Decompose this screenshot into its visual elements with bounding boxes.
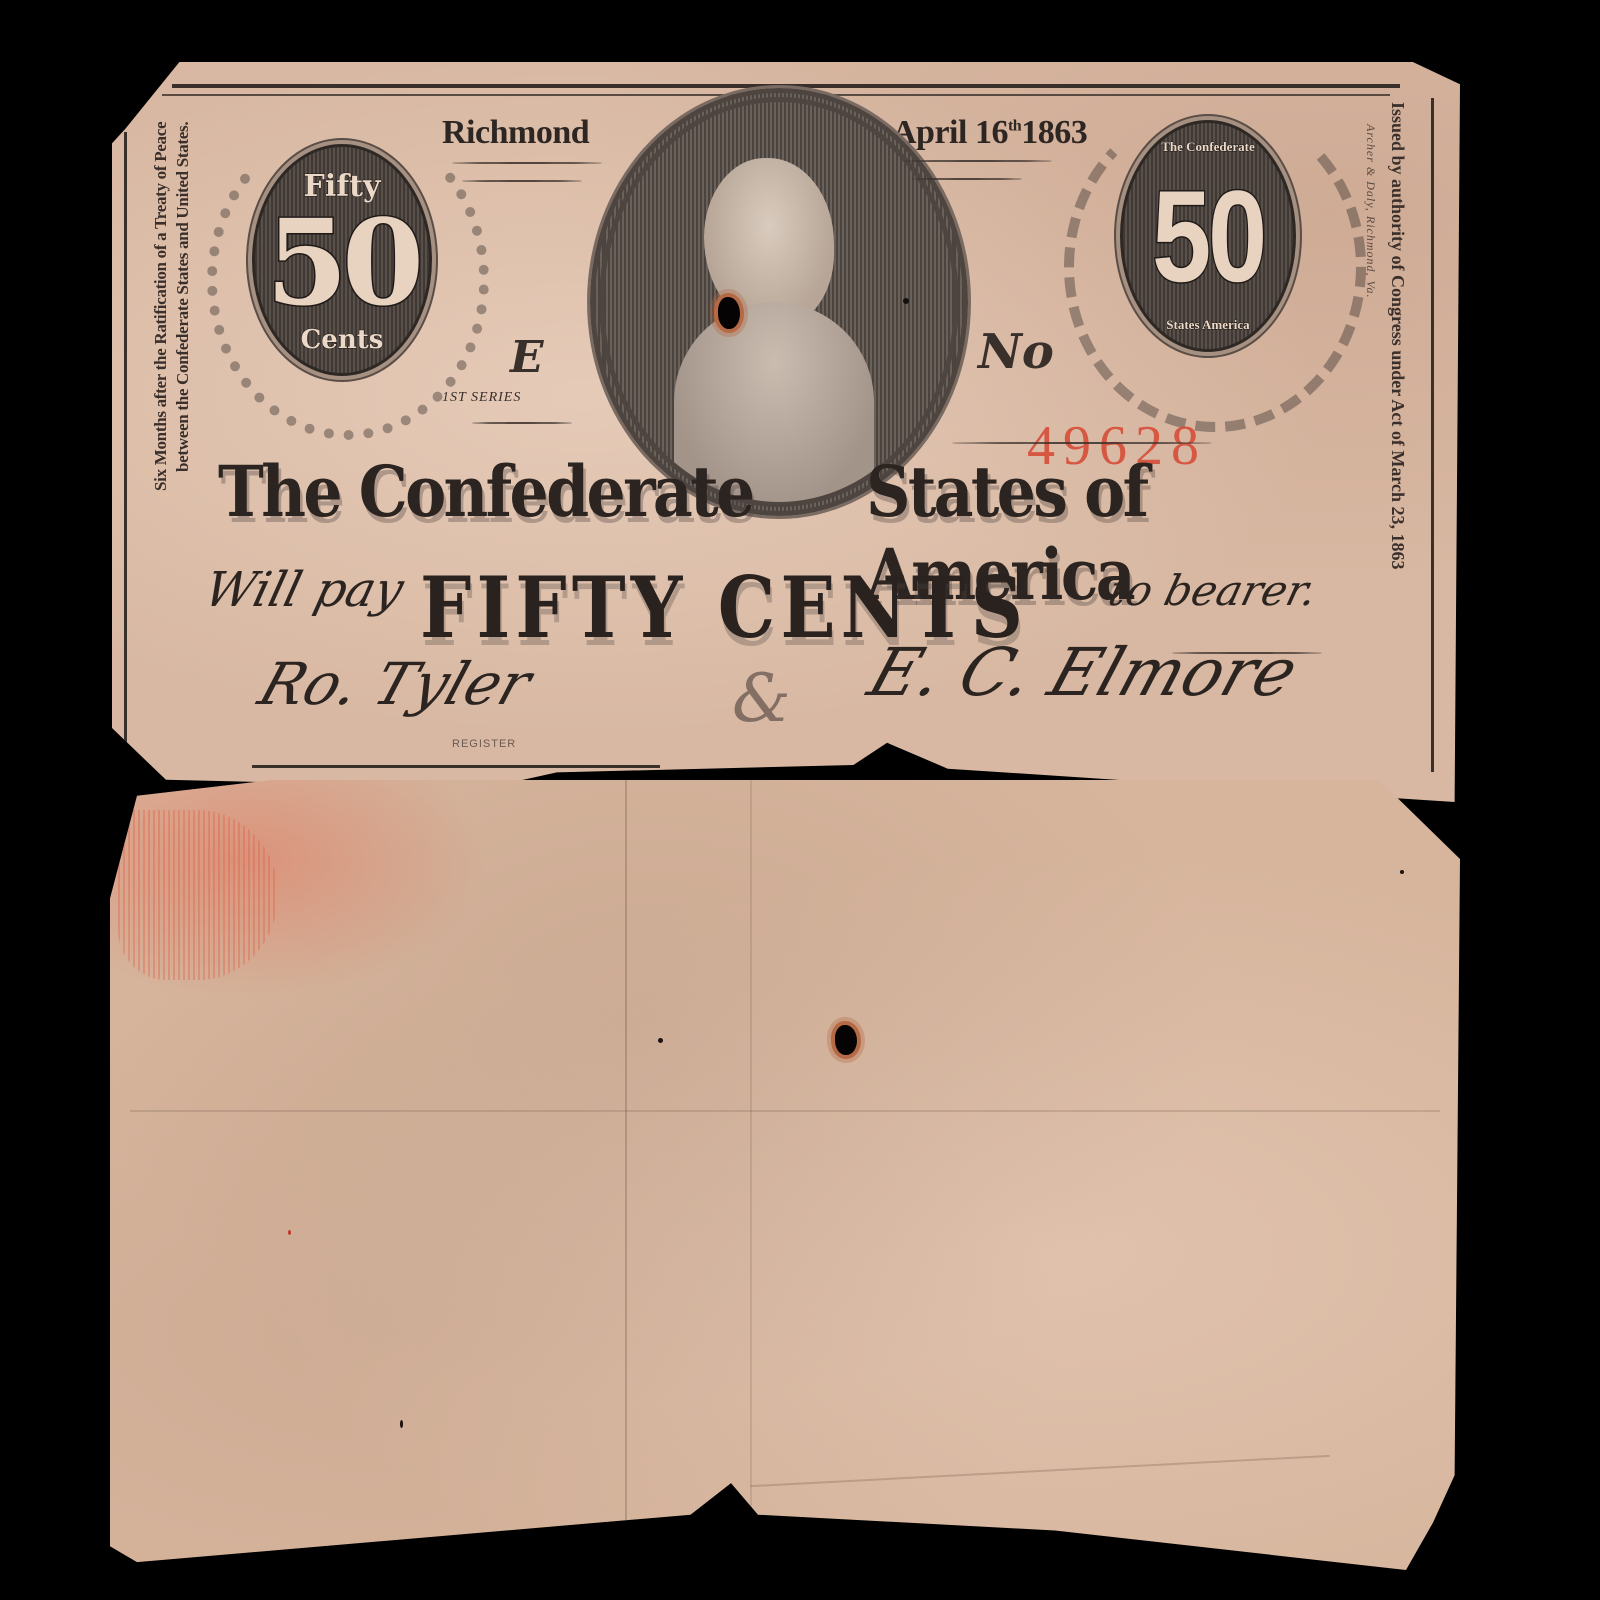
ink-speck — [400, 1420, 403, 1428]
date-year: 1863 — [1021, 114, 1087, 151]
oval-caption: Cents — [255, 325, 429, 355]
oval-caption: States America — [1123, 317, 1293, 333]
note-front: Six Months after the Ratification of a T… — [112, 62, 1460, 802]
border-rule — [1431, 98, 1434, 772]
flourish-line — [902, 160, 1052, 162]
title-left: The Confederate — [218, 450, 753, 533]
issue-place: Richmond — [442, 114, 589, 152]
fold-crease — [750, 780, 752, 1520]
burn-hole — [718, 297, 740, 329]
ink-speck — [1400, 870, 1404, 874]
border-rule — [124, 132, 127, 762]
flourish-line — [462, 180, 582, 182]
left-margin-text: Six Months after the Ratification of a T… — [150, 122, 194, 752]
left-margin-line: Six Months after the Ratification of a T… — [150, 122, 172, 752]
plate-letter: E — [510, 332, 544, 383]
ink-speck — [658, 1038, 663, 1043]
series-label: 1ST SERIES — [442, 390, 521, 406]
flourish-line — [912, 178, 1022, 180]
red-offset-stamp — [118, 810, 278, 980]
number-label: No — [978, 324, 1054, 380]
denomination-oval-right: The Confederate 50 States America — [1120, 120, 1296, 352]
ampersand-ornament: & — [732, 660, 791, 737]
pin-hole — [903, 298, 909, 304]
oval-caption: The Confederate — [1123, 139, 1293, 155]
note-back — [110, 780, 1460, 1570]
will-pay-text: Will pay — [199, 562, 409, 618]
register-label: REGISTER — [452, 738, 516, 750]
fold-crease — [625, 780, 627, 1540]
right-margin-text: Issued by authority of Congress under Ac… — [1387, 102, 1408, 570]
fold-crease — [750, 1455, 1329, 1487]
flourish-line — [952, 442, 1212, 444]
date-suffix: th — [1008, 118, 1021, 135]
to-bearer-text: to bearer. — [1104, 566, 1322, 615]
ink-speck — [288, 1230, 291, 1235]
fold-crease — [130, 1110, 1440, 1112]
date-day: April 16 — [892, 114, 1008, 151]
issue-date: April 16th1863 — [892, 114, 1087, 152]
treasurer-signature: E. C. Elmore — [859, 634, 1306, 711]
flourish-line — [452, 162, 602, 164]
paper-back — [110, 780, 1460, 1570]
border-rule — [252, 765, 660, 768]
register-signature: Ro. Tyler — [251, 650, 540, 718]
paper-front: Six Months after the Ratification of a T… — [112, 62, 1460, 802]
oval-value: 50 — [255, 193, 429, 332]
oval-value: 50 — [1138, 161, 1277, 311]
burn-hole — [835, 1025, 857, 1055]
flourish-line — [472, 422, 572, 424]
denomination-oval-left: Fifty 50 Cents — [252, 144, 432, 376]
left-margin-line: between the Confederate States and Unite… — [172, 122, 194, 752]
flourish-line — [1172, 652, 1322, 654]
